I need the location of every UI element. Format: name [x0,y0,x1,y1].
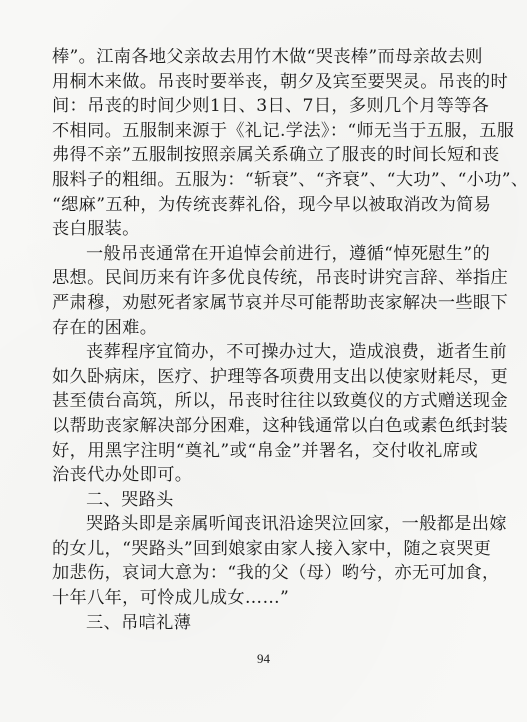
scanned-book-page: 棒”。江南各地父亲故去用竹木做“哭丧棒”而母亲故去则 用桐木来做。吊丧时要举丧，… [0,0,527,722]
text-line: 好，用黑字注明“奠礼”或“帛金”并署名，交付收礼席或 [52,439,478,464]
paragraph-start-line: 哭路头即是亲属听闻丧讯沿途哭泣回家，一般都是出嫁 [52,512,478,537]
paragraph-start-line: 一般吊丧通常在开追悼会前进行，遵循“悼死慰生”的 [52,242,478,267]
text-line: 服料子的粗细。五服为：“斩衰”、“齐衰”、“大功”、“小功”、 [52,168,478,193]
page-number: 94 [0,651,527,667]
paragraph-start-line: 丧葬程序宜简办，不可操办过大，造成浪费，逝者生前 [52,340,478,365]
text-line: 以帮助丧家解决部分困难，这种钱通常以白色或素色纸封装 [52,414,478,439]
text-line: 棒”。江南各地父亲故去用竹木做“哭丧棒”而母亲故去则 [52,45,478,70]
text-line: 如久卧病床，医疗、护理等各项费用支出以使家财耗尽，更 [52,365,478,390]
body-text: 棒”。江南各地父亲故去用竹木做“哭丧棒”而母亲故去则 用桐木来做。吊丧时要举丧，… [52,45,478,635]
text-line: 加悲伤，哀词大意为：“我的父（母）哟兮，亦无可加食， [52,561,478,586]
text-line: 的女儿，“哭路头”回到娘家由家人接入家中，随之哀哭更 [52,537,478,562]
text-line: 间：吊丧的时间少则1日、3日、7日，多则几个月等等各 [52,94,478,119]
text-line: 丧白服装。 [52,217,478,242]
text-line: 用桐木来做。吊丧时要举丧，朝夕及宾至要哭灵。吊丧的时 [52,70,478,95]
text-line: “缌麻”五种，为传统丧葬礼俗，现今早以被取消改为简易 [52,193,478,218]
text-line: 弗得不亲”五服制按照亲属关系确立了服丧的时间长短和丧 [52,143,478,168]
section-heading-kulutou: 二、哭路头 [52,488,478,513]
text-line: 思想。民间历来有许多优良传统，吊丧时讲究言辞、举指庄 [52,266,478,291]
text-line: 甚至债台高筑，所以，吊丧时往往以致奠仪的方式赠送现金 [52,389,478,414]
text-line: 不相同。五服制来源于《礼记.学法》：“师无当于五服，五服 [52,119,478,144]
text-line: 十年八年，可怜成儿成女……” [52,586,478,611]
section-heading-diaoyan: 三、吊唁礼薄 [52,611,478,636]
text-line: 治丧代办处即可。 [52,463,478,488]
text-line: 存在的困难。 [52,316,478,341]
text-line: 严肃穆，劝慰死者家属节哀并尽可能帮助丧家解决一些眼下 [52,291,478,316]
